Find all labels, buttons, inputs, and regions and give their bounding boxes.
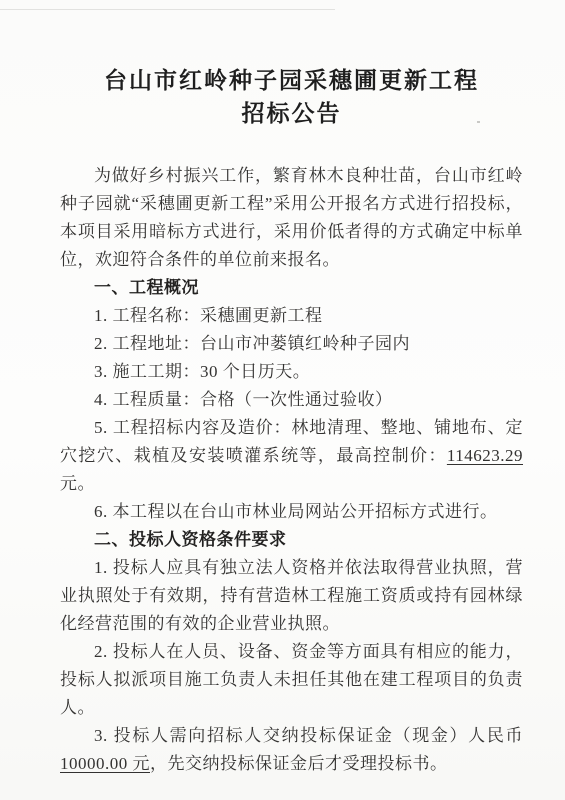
overview-item-project-name: 1. 工程名称：采穗圃更新工程 [60, 302, 523, 330]
max-control-price-value: 114623.29 [447, 446, 523, 465]
scan-artifact-dot [477, 121, 480, 123]
tender-content-suffix: 元。 [60, 474, 95, 493]
page-number: 1 [0, 727, 555, 739]
document-title-line2: 招标公告 [60, 97, 523, 130]
intro-paragraph: 为做好乡村振兴工作，繁育林木良种壮苗，台山市红岭种子园就“采穗圃更新工程”采用公… [60, 162, 523, 274]
section-overview-heading: 一、工程概况 [60, 274, 523, 302]
document-content: 台山市红岭种子园采穗圃更新工程 招标公告 为做好乡村振兴工作，繁育林木良种壮苗，… [0, 0, 565, 778]
overview-item-construction-period: 3. 施工工期：30 个日历天。 [60, 358, 523, 386]
overview-item-project-address: 2. 工程地址：台山市冲蒌镇红岭种子园内 [60, 330, 523, 358]
deposit-text-suffix: ，先交纳投标保证金后才受理投标书。 [150, 754, 448, 773]
scanned-document-page: 台山市红岭种子园采穗圃更新工程 招标公告 为做好乡村振兴工作，繁育林木良种壮苗，… [0, 0, 565, 800]
document-title: 台山市红岭种子园采穗圃更新工程 招标公告 [60, 64, 523, 130]
section-qualification-heading: 二、投标人资格条件要求 [60, 526, 523, 554]
qualification-item-capability: 2. 投标人在人员、设备、资金等方面具有相应的能力，投标人拟派项目施工负责人未担… [60, 638, 523, 722]
qualification-item-legal-person: 1. 投标人应具有独立法人资格并依法取得营业执照，营业执照处于有效期，持有营造林… [60, 554, 523, 638]
overview-item-tender-method: 6. 本工程以在台山市林业局网站公开招标方式进行。 [60, 498, 523, 526]
deposit-amount-value: 10000.00 元 [60, 754, 150, 773]
overview-item-tender-content-price: 5. 工程招标内容及造价：林地清理、整地、铺地布、定穴挖穴、栽植及安装喷灌系统等… [60, 414, 523, 498]
document-title-line1: 台山市红岭种子园采穗圃更新工程 [60, 64, 523, 97]
overview-item-project-quality: 4. 工程质量：合格（一次性通过验收） [60, 386, 523, 414]
scan-artifact-top-line [0, 9, 335, 10]
